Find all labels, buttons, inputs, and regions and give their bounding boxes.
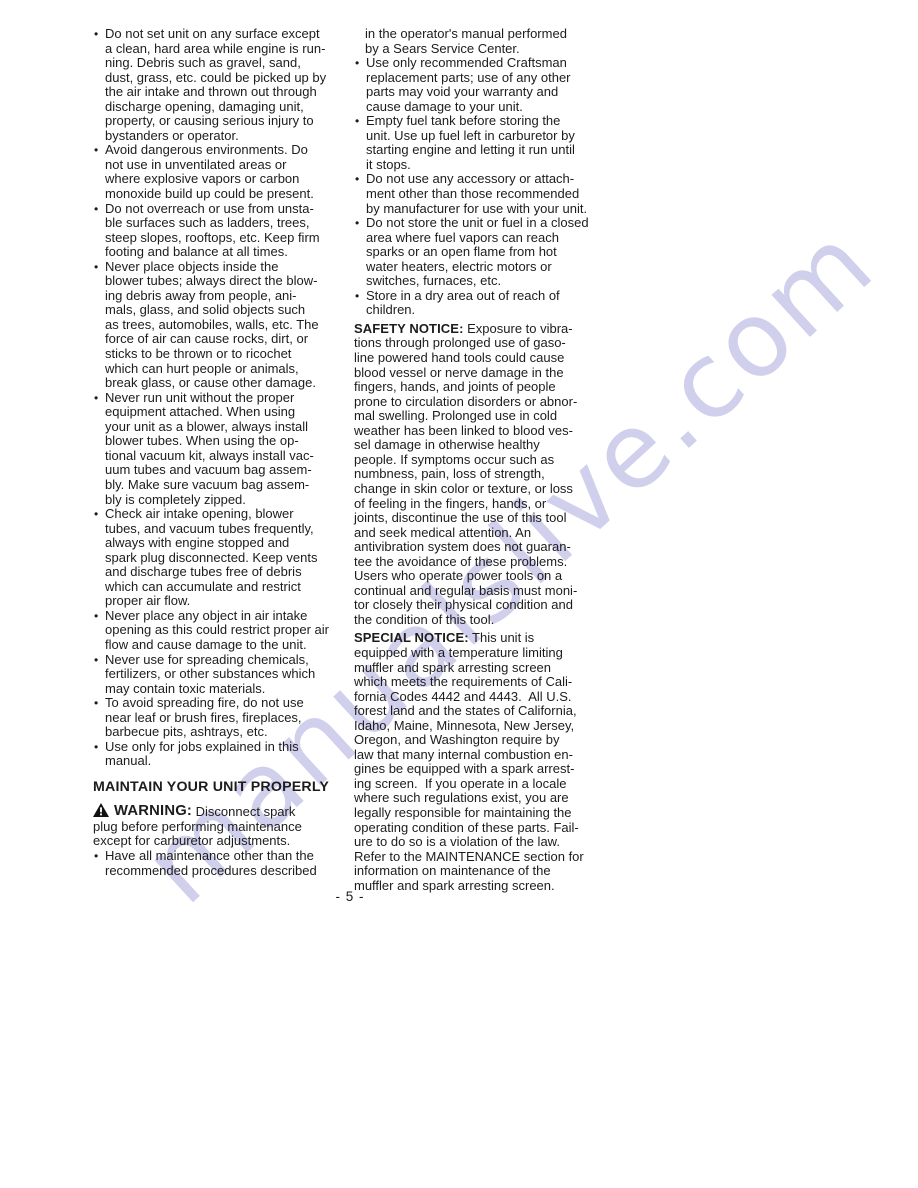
bullet-text: Do not set unit on any surface excepta c… [105, 27, 326, 143]
notice-paragraph: SAFETY NOTICE: Exposure to vibra-tions t… [354, 322, 607, 627]
bullet-text: Never run unit without the properequipme… [105, 391, 314, 507]
text-line: ning. Debris such as gravel, sand, [105, 56, 326, 71]
text-line: blower tubes. When using the op- [105, 434, 314, 449]
text-line: mals, glass, and solid objects such [105, 303, 319, 318]
bullet-dot: • [93, 27, 105, 143]
text-line: blower tubes; always direct the blow- [105, 274, 319, 289]
warning-triangle-icon [93, 803, 109, 821]
text-line: tions through prolonged use of gaso- [354, 336, 607, 351]
continuation-paragraph: in the operator's manual performedby a S… [354, 27, 607, 56]
text-line: except for carburetor adjustments. [93, 834, 333, 849]
text-line: law that many internal combustion en- [354, 748, 607, 763]
text-line: sparks or an open flame from hot [366, 245, 589, 260]
text-line: Disconnect spark [192, 803, 295, 820]
text-line: tional vacuum kit, always install vac- [105, 449, 314, 464]
text-line: by manufacturer for use with your unit. [366, 202, 587, 217]
text-line: Never use for spreading chemicals, [105, 653, 315, 668]
bullet-item: •Never run unit without the properequipm… [93, 391, 333, 507]
bullet-text: Do not overreach or use from unsta-ble s… [105, 202, 320, 260]
text-line: ing screen. If you operate in a locale [354, 777, 607, 792]
text-line: which can accumulate and restrict [105, 580, 317, 595]
text-line: Empty fuel tank before storing the [366, 114, 575, 129]
bullet-dot: • [93, 260, 105, 391]
bullet-text: Have all maintenance other than therecom… [105, 849, 317, 878]
text-line: children. [366, 303, 560, 318]
text-line: plug before performing maintenance [93, 820, 333, 835]
warning-label: WARNING: [114, 803, 192, 820]
text-line: people. If symptoms occur such as [354, 453, 607, 468]
text-line: This unit is [469, 630, 535, 645]
text-line: sticks to be thrown or to ricochet [105, 347, 319, 362]
text-line: Have all maintenance other than the [105, 849, 317, 864]
text-line: property, or causing serious injury to [105, 114, 326, 129]
warning-headline: WARNING: Disconnect spark [93, 802, 333, 820]
text-line: Avoid dangerous environments. Do [105, 143, 314, 158]
bullet-text: Do not use any accessory or attach-ment … [366, 172, 587, 216]
text-line: not use in unventilated areas or [105, 158, 314, 173]
text-line: Never place any object in air intake [105, 609, 329, 624]
text-line: Never run unit without the proper [105, 391, 314, 406]
notice-label: SAFETY NOTICE: [354, 321, 464, 336]
text-line: weather has been linked to blood ves- [354, 424, 607, 439]
text-line: flow and cause damage to the unit. [105, 638, 329, 653]
text-line: Never place objects inside the [105, 260, 319, 275]
text-line: Do not store the unit or fuel in a close… [366, 216, 589, 231]
bullet-dot: • [93, 740, 105, 769]
text-line: the air intake and thrown out through [105, 85, 326, 100]
text-line: Store in a dry area out of reach of [366, 289, 560, 304]
text-line: which can hurt people or animals, [105, 362, 319, 377]
bullet-dot: • [93, 202, 105, 260]
text-line: ble surfaces such as ladders, trees, [105, 216, 320, 231]
bullet-item: •Do not use any accessory or attach-ment… [354, 172, 607, 216]
bullet-text: Do not store the unit or fuel in a close… [366, 216, 589, 289]
text-line: and seek medical attention. An [354, 526, 607, 541]
text-line: steep slopes, rooftops, etc. Keep firm [105, 231, 320, 246]
text-line: ment other than those recommended [366, 187, 587, 202]
bullet-text: Never place objects inside theblower tub… [105, 260, 319, 391]
text-line: near leaf or brush fires, fireplaces, [105, 711, 304, 726]
bullet-text: Never place any object in air intakeopen… [105, 609, 329, 653]
text-line: may contain toxic materials. [105, 682, 315, 697]
bullet-text: To avoid spreading fire, do not usenear … [105, 696, 304, 740]
text-line: recommended procedures described [105, 864, 317, 879]
bullet-item: •Never place objects inside theblower tu… [93, 260, 333, 391]
text-line: Do not set unit on any surface except [105, 27, 326, 42]
text-line: legally responsible for maintaining the [354, 806, 607, 821]
bullet-dot: • [93, 143, 105, 201]
text-line: continual and regular basis must moni- [354, 584, 607, 599]
text-line: joints, discontinue the use of this tool [354, 511, 607, 526]
bullet-item: •Empty fuel tank before storing theunit.… [354, 114, 607, 172]
bullet-item: •Have all maintenance other than thereco… [93, 849, 333, 878]
text-line: break glass, or cause other damage. [105, 376, 319, 391]
text-line: Use only recommended Craftsman [366, 56, 571, 71]
text-line: tubes, and vacuum tubes frequently, [105, 522, 317, 537]
text-line: of feeling in the fingers, hands, or [354, 497, 607, 512]
text-line: change in skin color or texture, or loss [354, 482, 607, 497]
bullet-dot: • [354, 289, 366, 318]
bullet-dot: • [93, 391, 105, 507]
text-line: equipped with a temperature limiting [354, 646, 607, 661]
text-line: monoxide build up could be present. [105, 187, 314, 202]
text-line: Use only for jobs explained in this [105, 740, 299, 755]
text-line: cause damage to your unit. [366, 100, 571, 115]
bullet-item: •Use only for jobs explained in thismanu… [93, 740, 333, 769]
text-line: starting engine and letting it run until [366, 143, 575, 158]
text-line: proper air flow. [105, 594, 317, 609]
bullet-dot: • [93, 696, 105, 740]
notice-paragraph: SPECIAL NOTICE: This unit isequipped wit… [354, 631, 607, 893]
text-line: by a Sears Service Center. [365, 42, 607, 57]
text-line: Do not use any accessory or attach- [366, 172, 587, 187]
text-line: tee the avoidance of these problems. [354, 555, 607, 570]
bullet-dot: • [93, 609, 105, 653]
bullet-item: •Avoid dangerous environments. Donot use… [93, 143, 333, 201]
bullet-dot: • [354, 172, 366, 216]
text-line: operating condition of these parts. Fail… [354, 821, 607, 836]
bullet-item: •Do not set unit on any surface excepta … [93, 27, 333, 143]
bullet-text: Never use for spreading chemicals,fertil… [105, 653, 315, 697]
notice-label: SPECIAL NOTICE: [354, 630, 469, 645]
text-line: as trees, automobiles, walls, etc. The [105, 318, 319, 333]
text-line: Oregon, and Washington require by [354, 733, 607, 748]
text-line: in the operator's manual performed [365, 27, 607, 42]
text-line: replacement parts; use of any other [366, 71, 571, 86]
text-line: ing debris away from people, ani- [105, 289, 319, 304]
text-line: a clean, hard area while engine is run- [105, 42, 326, 57]
text-line: unit. Use up fuel left in carburetor by [366, 129, 575, 144]
text-line: mal swelling. Prolonged use in cold [354, 409, 607, 424]
bullet-text: Avoid dangerous environments. Donot use … [105, 143, 314, 201]
text-line: opening as this could restrict proper ai… [105, 623, 329, 638]
text-line: line powered hand tools could cause [354, 351, 607, 366]
section-heading: MAINTAIN YOUR UNIT PROPERLY [93, 779, 333, 795]
bullet-dot: • [93, 507, 105, 609]
text-line: fingers, hands, and joints of people [354, 380, 607, 395]
bullet-text: Check air intake opening, blowertubes, a… [105, 507, 317, 609]
text-line: spark plug disconnected. Keep vents [105, 551, 317, 566]
text-line: where explosive vapors or carbon [105, 172, 314, 187]
left-column: •Do not set unit on any surface excepta … [93, 27, 333, 893]
bullet-item: •Never use for spreading chemicals,ferti… [93, 653, 333, 697]
text-line: Exposure to vibra- [464, 321, 573, 336]
text-line: dust, grass, etc. could be picked up by [105, 71, 326, 86]
text-line: Refer to the MAINTENANCE section for [354, 850, 607, 865]
bullet-dot: • [93, 653, 105, 697]
text-line: always with engine stopped and [105, 536, 317, 551]
text-line: switches, furnaces, etc. [366, 274, 589, 289]
bullet-item: •Do not store the unit or fuel in a clos… [354, 216, 607, 289]
bullet-text: Store in a dry area out of reach ofchild… [366, 289, 560, 318]
text-line: SPECIAL NOTICE: This unit is [354, 631, 607, 646]
page-number: - 5 - [93, 889, 607, 904]
text-line: parts may void your warranty and [366, 85, 571, 100]
bullet-item: •Never place any object in air intakeope… [93, 609, 333, 653]
bullet-text: Use only for jobs explained in thismanua… [105, 740, 299, 769]
bullet-item: •Use only recommended Craftsmanreplaceme… [354, 56, 607, 114]
bullet-item: •Store in a dry area out of reach ofchil… [354, 289, 607, 318]
bullet-dot: • [354, 216, 366, 289]
text-line: Do not overreach or use from unsta- [105, 202, 320, 217]
text-line: sel damage in otherwise healthy [354, 438, 607, 453]
text-line: prone to circulation disorders or abnor- [354, 395, 607, 410]
text-line: and discharge tubes free of debris [105, 565, 317, 580]
text-line: where such regulations exist, you are [354, 791, 607, 806]
bullet-dot: • [354, 56, 366, 114]
text-line: SAFETY NOTICE: Exposure to vibra- [354, 322, 607, 337]
text-line: which meets the requirements of Cali- [354, 675, 607, 690]
text-line: information on maintenance of the [354, 864, 607, 879]
text-line: ure to do so is a violation of the law. [354, 835, 607, 850]
text-line: tor closely their physical condition and [354, 598, 607, 613]
text-line: footing and balance at all times. [105, 245, 320, 260]
text-line: your unit as a blower, always install [105, 420, 314, 435]
text-line: force of air can cause rocks, dirt, or [105, 332, 319, 347]
text-line: the condition of this tool. [354, 613, 607, 628]
text-line: bly. Make sure vacuum bag assem- [105, 478, 314, 493]
text-line: fertilizers, or other substances which [105, 667, 315, 682]
text-line: forest land and the states of California… [354, 704, 607, 719]
text-line: bly is completely zipped. [105, 493, 314, 508]
warning-paragraph: WARNING: Disconnect sparkplug before per… [93, 802, 333, 849]
bullet-dot: • [354, 114, 366, 172]
text-line: it stops. [366, 158, 575, 173]
text-line: Users who operate power tools on a [354, 569, 607, 584]
text-line: antivibration system does not guaran- [354, 540, 607, 555]
text-line: bystanders or operator. [105, 129, 326, 144]
bullet-text: Empty fuel tank before storing theunit. … [366, 114, 575, 172]
text-line: To avoid spreading fire, do not use [105, 696, 304, 711]
text-line: Check air intake opening, blower [105, 507, 317, 522]
bullet-item: •Do not overreach or use from unsta-ble … [93, 202, 333, 260]
text-line: equipment attached. When using [105, 405, 314, 420]
text-line: water heaters, electric motors or [366, 260, 589, 275]
bullet-item: •To avoid spreading fire, do not usenear… [93, 696, 333, 740]
text-line: manual. [105, 754, 299, 769]
text-line: gines be equipped with a spark arrest- [354, 762, 607, 777]
text-line: numbness, pain, loss of strength, [354, 467, 607, 482]
text-line: fornia Codes 4442 and 4443. All U.S. [354, 690, 607, 705]
text-line: blood vessel or nerve damage in the [354, 366, 607, 381]
text-line: barbecue pits, ashtrays, etc. [105, 725, 304, 740]
manual-page: manualslive.com •Do not set unit on any … [0, 0, 918, 1188]
text-line: discharge opening, damaging unit, [105, 100, 326, 115]
text-line: muffler and spark arresting screen [354, 661, 607, 676]
bullet-dot: • [93, 849, 105, 878]
text-line: uum tubes and vacuum bag assem- [105, 463, 314, 478]
bullet-item: •Check air intake opening, blowertubes, … [93, 507, 333, 609]
text-line: Idaho, Maine, Minnesota, New Jersey, [354, 719, 607, 734]
text-columns: •Do not set unit on any surface excepta … [93, 27, 607, 893]
bullet-text: Use only recommended Craftsmanreplacemen… [366, 56, 571, 114]
right-column: in the operator's manual performedby a S… [354, 27, 607, 893]
text-line: area where fuel vapors can reach [366, 231, 589, 246]
